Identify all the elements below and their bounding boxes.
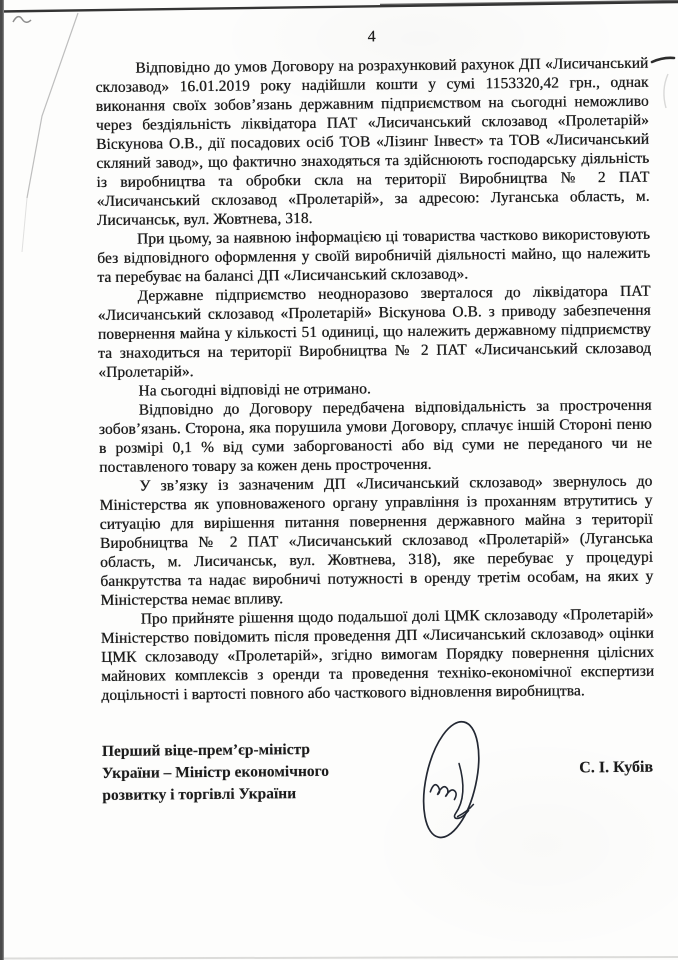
paragraph-1: Відповідно до умов Договору на розрахунк… — [95, 54, 650, 230]
official-title-line-2: України – Міністр економічного — [102, 761, 329, 785]
document-body: Відповідно до умов Договору на розрахунк… — [95, 54, 654, 705]
document-content: 4 Відповідно до умов Договору на розраху… — [95, 25, 656, 856]
paragraph-6: У зв’язку із зазначеним ДП «Лисичанський… — [99, 472, 653, 610]
official-title-line-1: Перший віце-прем’єр-міністр — [102, 739, 329, 763]
scan-left-edge — [0, 0, 4, 960]
official-title-line-3: розвитку і торгівлі України — [102, 783, 329, 807]
paragraph-2: При цьому, за наявною інформацією ці тов… — [97, 225, 651, 287]
paragraph-3: Державне підприємство неодноразово зверт… — [97, 282, 651, 382]
paragraph-5: Відповідно до Договору передбачена відпо… — [99, 396, 653, 477]
signature-block: Перший віце-прем’єр-міністр України – Мі… — [102, 736, 656, 856]
fold-crease-line — [27, 13, 78, 198]
page-number: 4 — [95, 25, 648, 49]
scanned-document-page: 4 Відповідно до умов Договору на розраху… — [0, 0, 678, 960]
scan-bottom-edge-line — [0, 957, 678, 959]
official-title: Перший віце-прем’єр-міністр України – Мі… — [102, 739, 329, 807]
scan-top-edge-line — [0, 2, 678, 12]
paragraph-7: Про прийняте рішення щодо подальшої долі… — [101, 605, 655, 705]
signature-scribble-icon — [412, 715, 491, 853]
handwriting-mark — [13, 17, 31, 23]
official-name: С. І. Кубів — [579, 759, 653, 778]
pen-dash-mark — [652, 58, 674, 62]
